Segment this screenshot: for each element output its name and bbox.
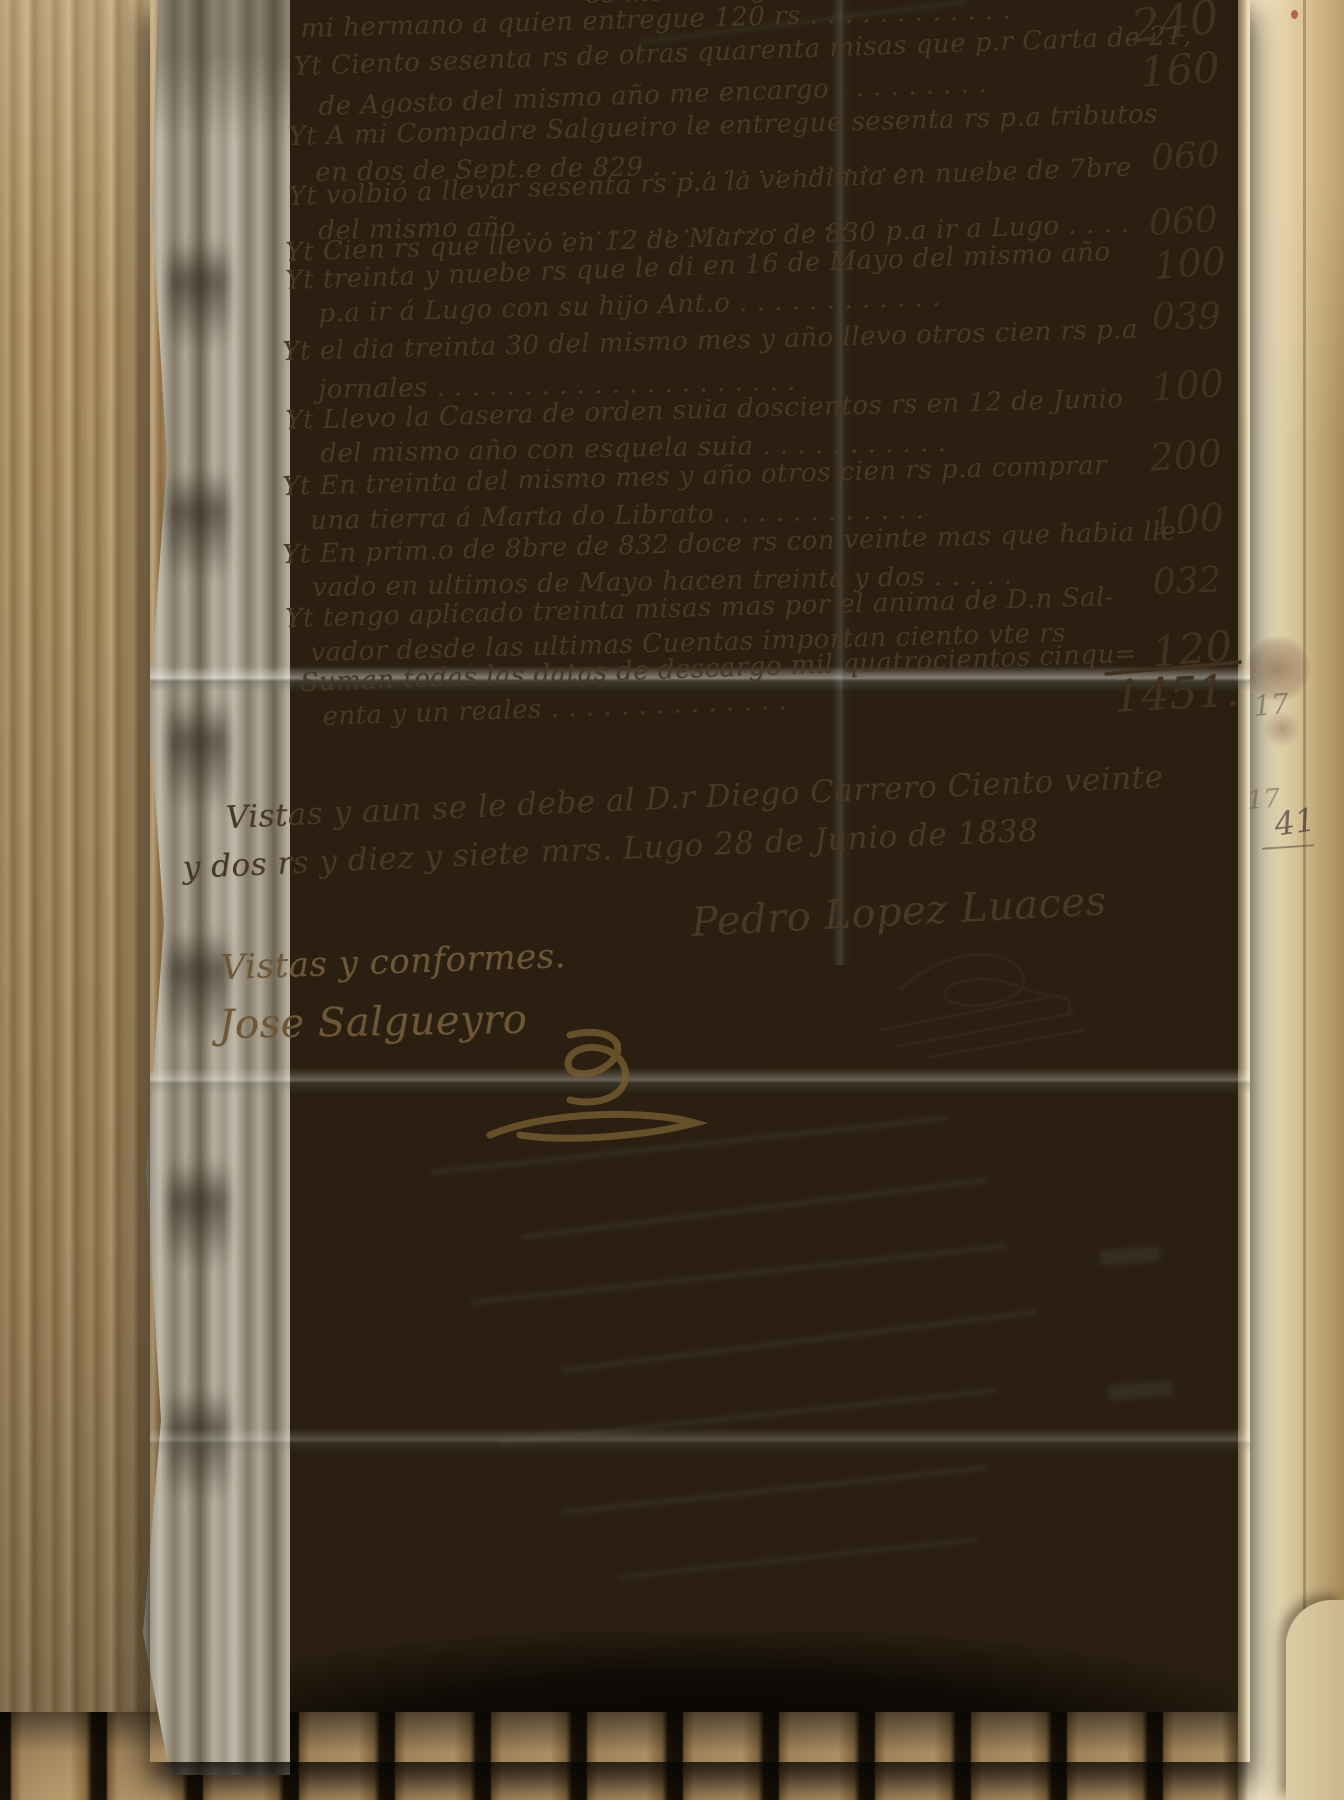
bottom-right-sheet-corner — [1286, 1600, 1344, 1800]
horizontal-fold-crease — [150, 1428, 1250, 1454]
entry-amount: 060 — [1148, 199, 1219, 244]
red-ink-speck — [1291, 10, 1298, 19]
signature-rubric-flourish — [870, 935, 1110, 1065]
entry-amount: 032 — [1152, 560, 1222, 603]
margin-mark: 41 — [1272, 800, 1318, 843]
photo-of-manuscript: os me encarg mi hermano a quien entregue… — [0, 0, 1344, 1800]
book-leaves-edge-right — [1238, 0, 1344, 1800]
signature-rubric-flourish — [450, 1015, 730, 1155]
margin-mark: 17 — [1252, 687, 1290, 723]
entry-amount: 200 — [1148, 431, 1223, 480]
sum-total: 1451. — [1112, 665, 1240, 723]
leaf-edge-line — [1303, 0, 1306, 1800]
entry-amount: 060 — [1150, 134, 1221, 179]
entry-amount: 160 — [1138, 42, 1221, 96]
entry-amount: 100 — [1150, 361, 1225, 410]
entry-amount: 100 — [1152, 239, 1227, 288]
entry-amount: 039 — [1152, 297, 1221, 338]
